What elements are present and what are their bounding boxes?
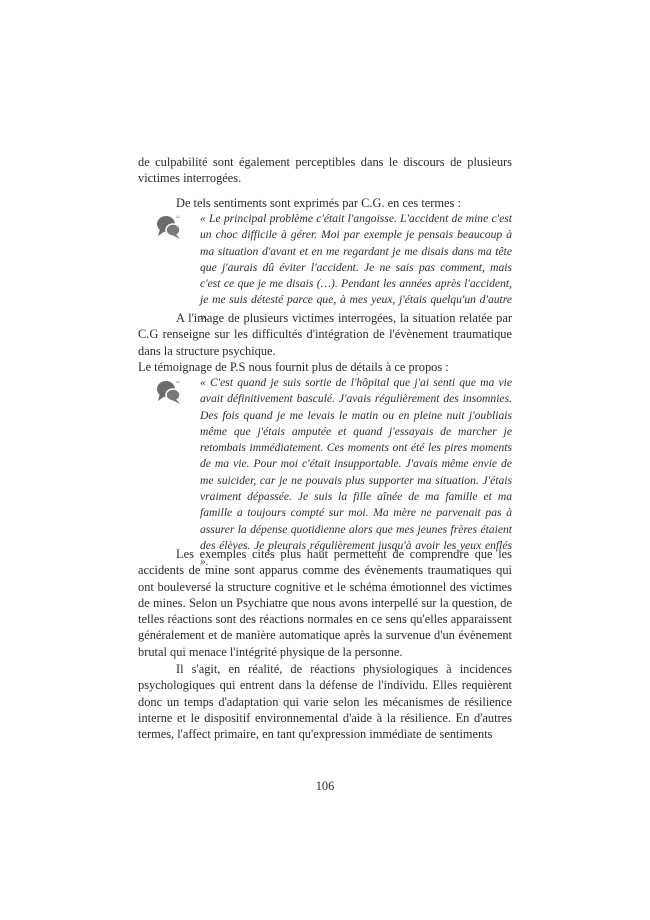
paragraph-reactions: Il s'agit, en réalité, de réactions phys…: [138, 661, 512, 742]
quote-ps: « C'est quand je suis sortie de l'hôpita…: [200, 375, 512, 571]
page-number: 106: [0, 779, 650, 794]
svg-text:“: “: [176, 379, 180, 389]
speech-bubbles-quote-icon: “: [155, 213, 185, 241]
quote-cg: « Le principal problème c'était l'angois…: [200, 211, 512, 325]
speech-bubbles-quote-icon: “: [155, 378, 185, 406]
paragraph-cg-intro: De tels sentiments sont exprimés par C.G…: [138, 195, 512, 211]
paragraph-culpabilite: de culpabilité sont également perceptibl…: [138, 154, 512, 187]
paragraph-exemples: Les exemples cités plus haut permettent …: [138, 546, 512, 660]
document-page: de culpabilité sont également perceptibl…: [0, 0, 650, 920]
paragraph-integration: A l'image de plusieurs victimes interrog…: [138, 310, 512, 359]
svg-text:“: “: [176, 214, 180, 224]
paragraph-ps-intro: Le témoignage de P.S nous fournit plus d…: [138, 359, 512, 375]
